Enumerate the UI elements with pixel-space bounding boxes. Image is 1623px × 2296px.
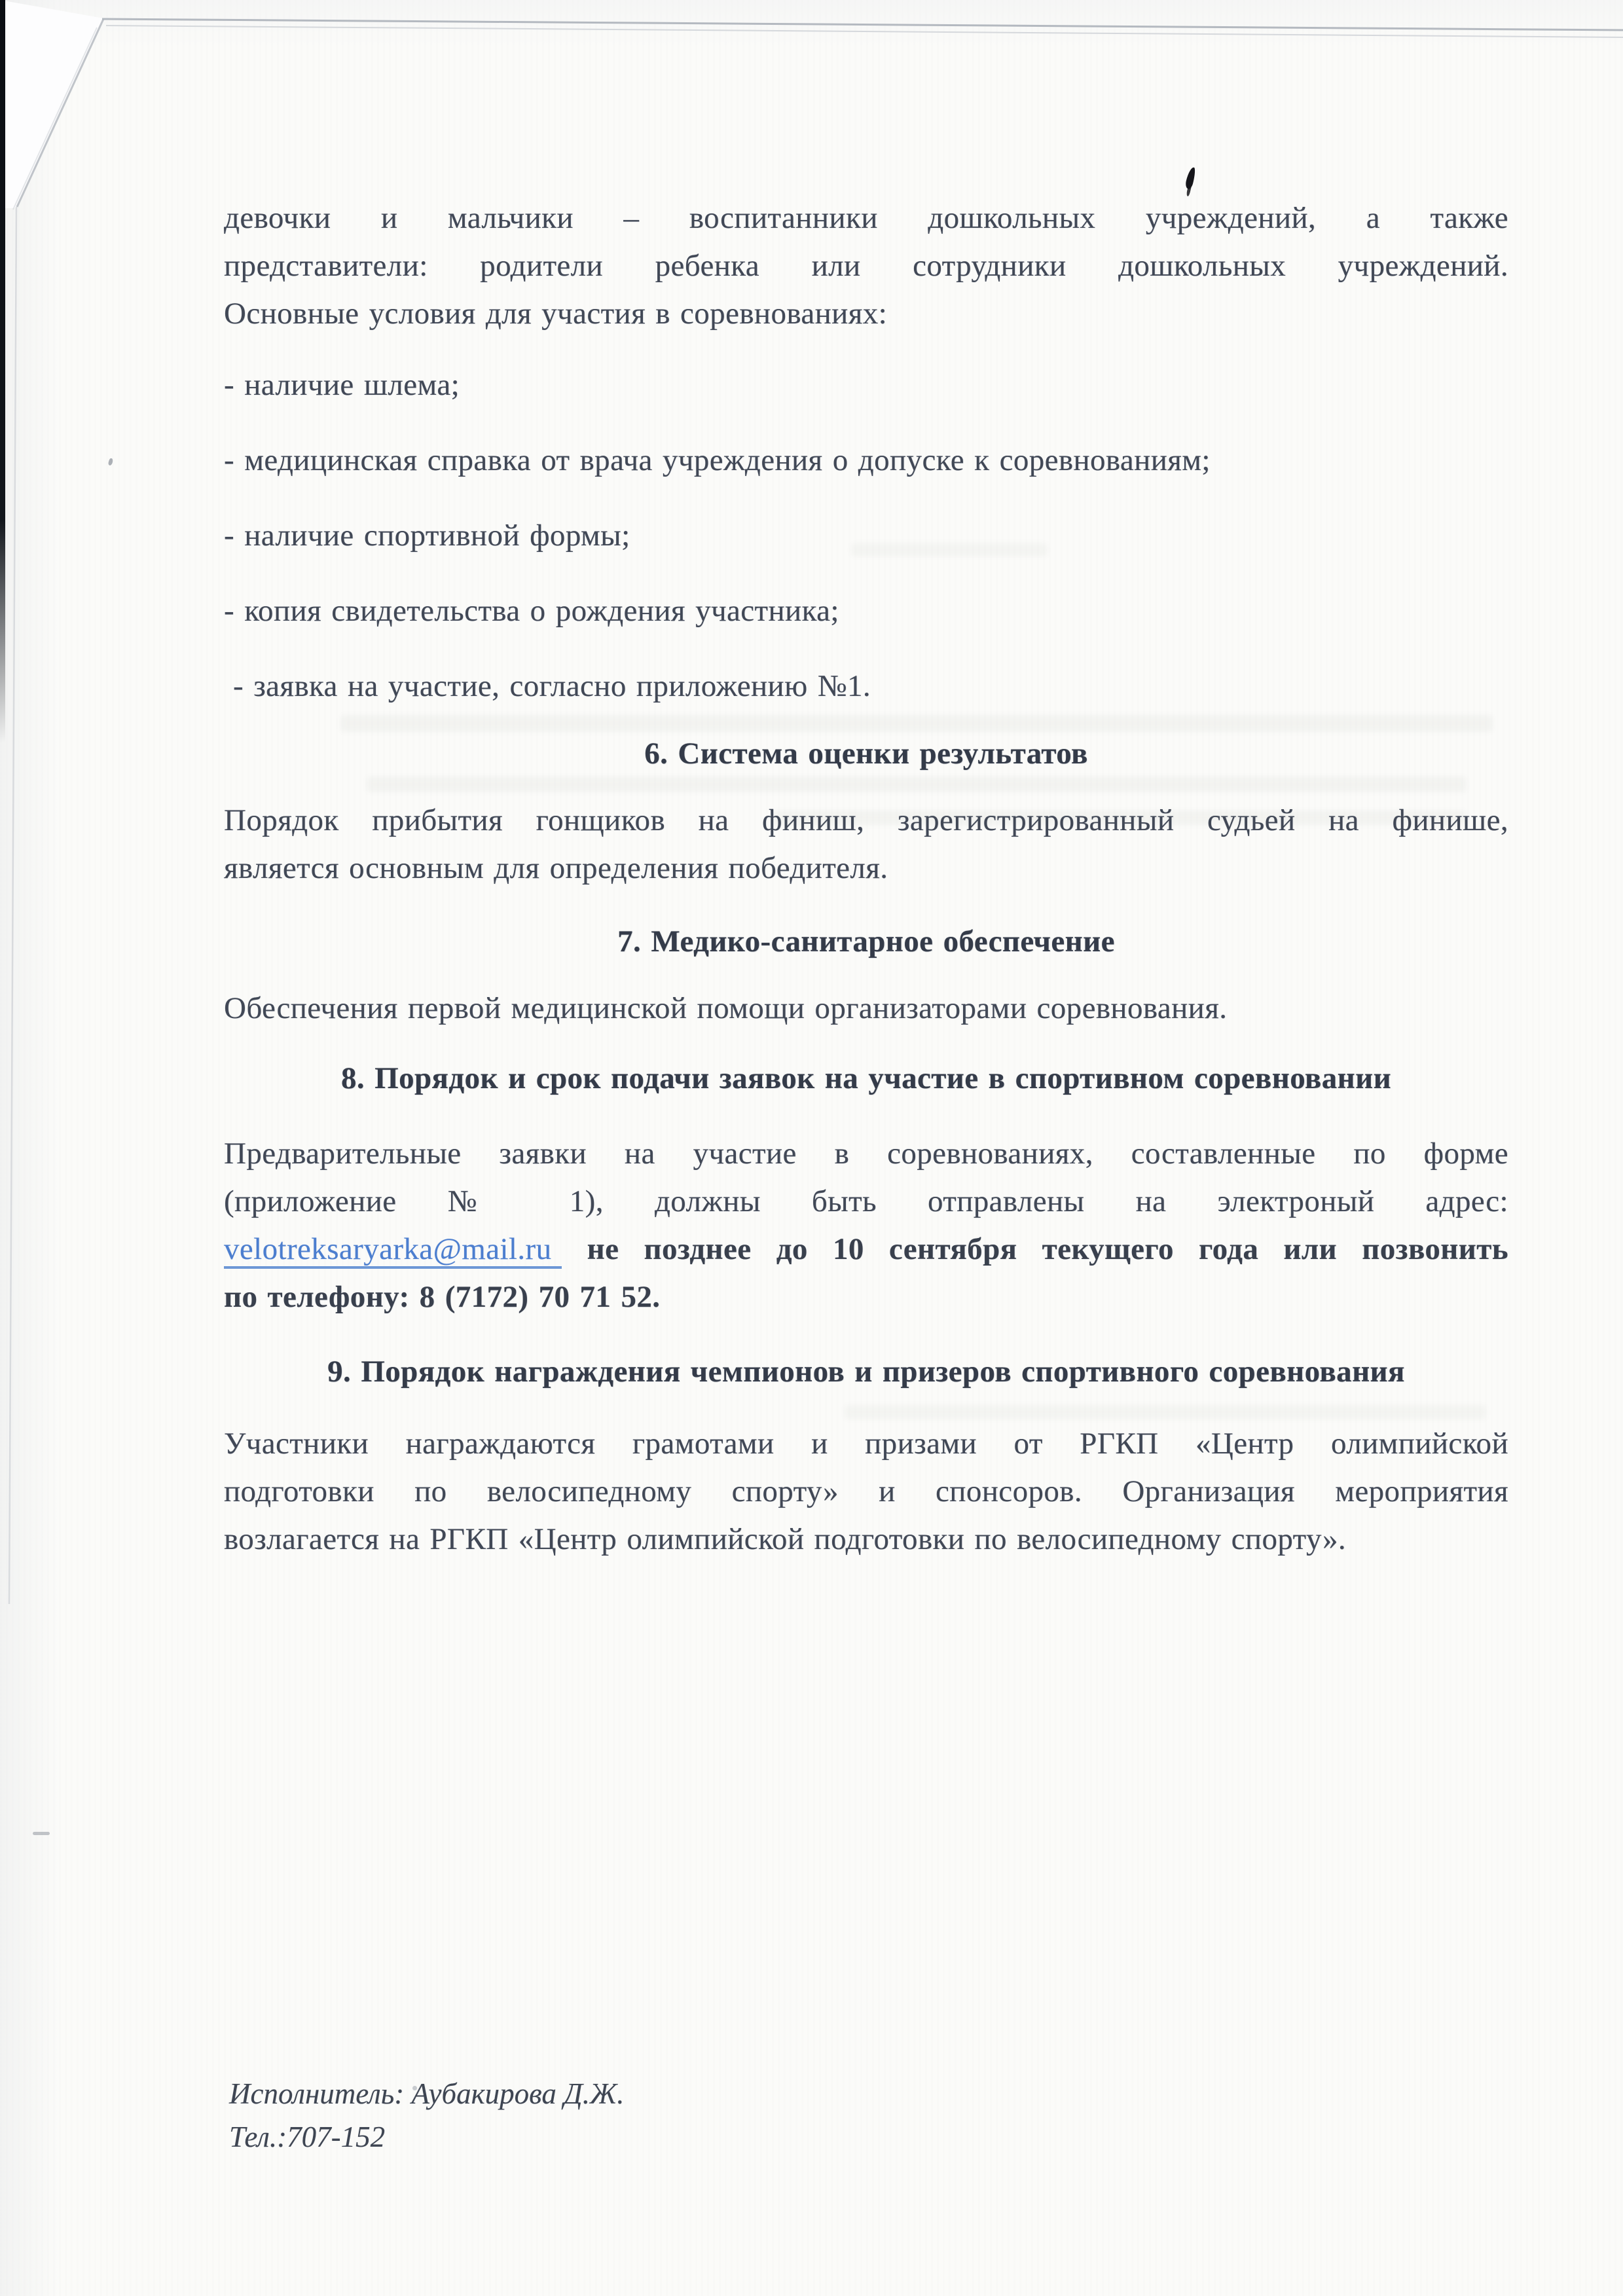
paragraph-line: velotreksaryarka@mail.ru не позднее до 1… [224, 1226, 1508, 1273]
intro-paragraph: девочки и мальчики – воспитанники дошкол… [224, 194, 1508, 338]
section-7-paragraph: Обеспечения первой медицинской помощи ор… [224, 985, 1508, 1032]
paragraph-line: представители: родители ребенка или сотр… [224, 242, 1508, 290]
requirement-item: - заявка на участие, согласно приложению… [224, 663, 1508, 710]
paragraph-line: подготовки по велосипедному спорту» и сп… [224, 1468, 1508, 1516]
scanned-document-page: { "doc": { "intro": { "lines": [ "девочк… [0, 0, 1623, 2296]
scan-speck-artifact [33, 1832, 50, 1835]
section-6-heading: 6. Система оценки результатов [224, 730, 1508, 778]
deadline-bold-text: не позднее до 10 сентября текущего года … [587, 1232, 1508, 1266]
paragraph-line: девочки и мальчики – воспитанники дошкол… [224, 194, 1508, 242]
requirement-item: - наличие шлема; [224, 361, 1508, 409]
paragraph-line: Порядок прибытия гонщиков на финиш, заре… [224, 797, 1508, 845]
paragraph-line: Обеспечения первой медицинской помощи ор… [224, 985, 1508, 1032]
scanner-black-edge-artifact [0, 0, 5, 743]
paragraph-line: Участники награждаются грамотами и приза… [224, 1420, 1508, 1468]
paragraph-line: является основным для определения победи… [224, 845, 1508, 892]
phone-bold-line: по телефону: 8 (7172) 70 71 52. [224, 1273, 1508, 1321]
document-footer: Исполнитель: Аубакирова Д.Ж. Тел.:707-15… [229, 2072, 624, 2159]
document-body: девочки и мальчики – воспитанники дошкол… [224, 194, 1508, 1563]
section-9-paragraph: Участники награждаются грамотами и приза… [224, 1420, 1508, 1563]
footer-phone-line: Тел.:707-152 [229, 2115, 624, 2159]
section-8-paragraph: Предварительные заявки на участие в соре… [224, 1130, 1508, 1321]
section-7-heading: 7. Медико-санитарное обеспечение [224, 918, 1508, 966]
email-link[interactable]: velotreksaryarka@mail.ru [224, 1232, 562, 1269]
requirement-item: - копия свидетельства о рождения участни… [224, 587, 1508, 635]
paragraph-line: (приложение № 1), должны быть отправлены… [224, 1178, 1508, 1226]
section-8-heading: 8. Порядок и срок подачи заявок на участ… [224, 1055, 1508, 1102]
paragraph-line: Предварительные заявки на участие в соре… [224, 1130, 1508, 1178]
paragraph-line: возлагается на РГКП «Центр олимпийской п… [224, 1516, 1508, 1563]
requirement-item: - медицинская справка от врача учреждени… [224, 437, 1508, 484]
section-9-heading: 9. Порядок награждения чемпионов и призе… [224, 1348, 1508, 1396]
executor-line: Исполнитель: Аубакирова Д.Ж. [229, 2072, 624, 2115]
paragraph-line: Основные условия для участия в соревнова… [224, 290, 1508, 338]
section-6-paragraph: Порядок прибытия гонщиков на финиш, заре… [224, 797, 1508, 892]
requirement-item: - наличие спортивной формы; [224, 512, 1508, 560]
